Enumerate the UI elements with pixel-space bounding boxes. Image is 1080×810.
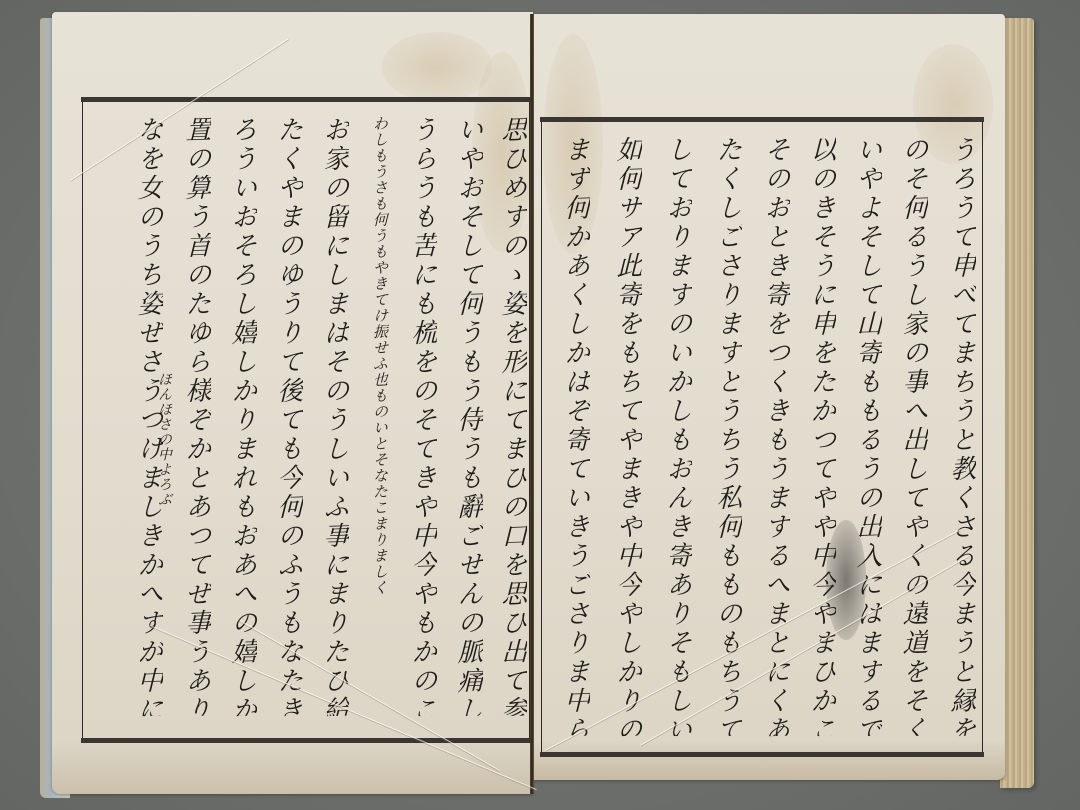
frame-bottom-bar [81,738,531,743]
text-column-small: わしもうさも何うもやきてけ振せふ也ものいとそなたこまりましく [351,115,389,716]
left-page-print-frame: 思ひめすのゝ姿を形にてまひの口を思ひ出て参りつ いやおそして何うもう侍うも辭ごせ… [82,101,530,739]
text-column: たくやまのゆうりて後ても今何のふうもなたき道ゆいかの [273,115,303,716]
text-column: うろうて申べてまちうと教くさる今まうと縁を教なたへ [946,135,976,736]
text-column: のそ何るうし家の事へ出してやくの遠道をそくるそんで [898,135,928,736]
spine-gutter [530,14,534,794]
right-page-print-frame: うろうて申べてまちうと教くさる今まうと縁を教なたへ のそ何るうし家の事へ出してや… [541,121,983,753]
frame-top-bar [81,97,531,102]
annotation-column: ほんほさの中よろぶ [149,371,179,572]
text-column: 置の算う首のたゆら様ぞかとあつてぜ事うありてまつる [181,115,211,716]
ink-smudge [826,520,866,640]
paper-stain [382,32,492,102]
text-column: そのおとき寄をつくきもうまするへまとにくあやまう [760,135,790,736]
text-column: まず何かあくしかはぞ寄ていきうごさりま中らうら [560,135,590,736]
text-column: お家の留にしまはそのうしいふ事にまりたひ給ふ [319,115,349,716]
text-column: 思ひめすのゝ姿を形にてまひの口を思ひ出て参りつ [497,115,527,716]
text-column: 如何サア此寄をもちてやまきや中今やしかりのたそこうう [612,135,642,736]
text-column: いやよそして山寄ももるうの出入にはまするでも [852,135,882,736]
page-stack-edge [1000,18,1034,788]
text-column: うらうも苦にも梳をのそてきや中今やもかのことまりはさ [407,115,437,716]
frame-bottom-bar [540,752,984,757]
text-column: いやおそして何うもう侍うも辭ごせんの脈痛しくあそこ [453,115,483,716]
text-column: しておりますのいかしもおんき寄ありそもしいち中今な [662,135,692,736]
frame-top-bar [540,117,984,122]
